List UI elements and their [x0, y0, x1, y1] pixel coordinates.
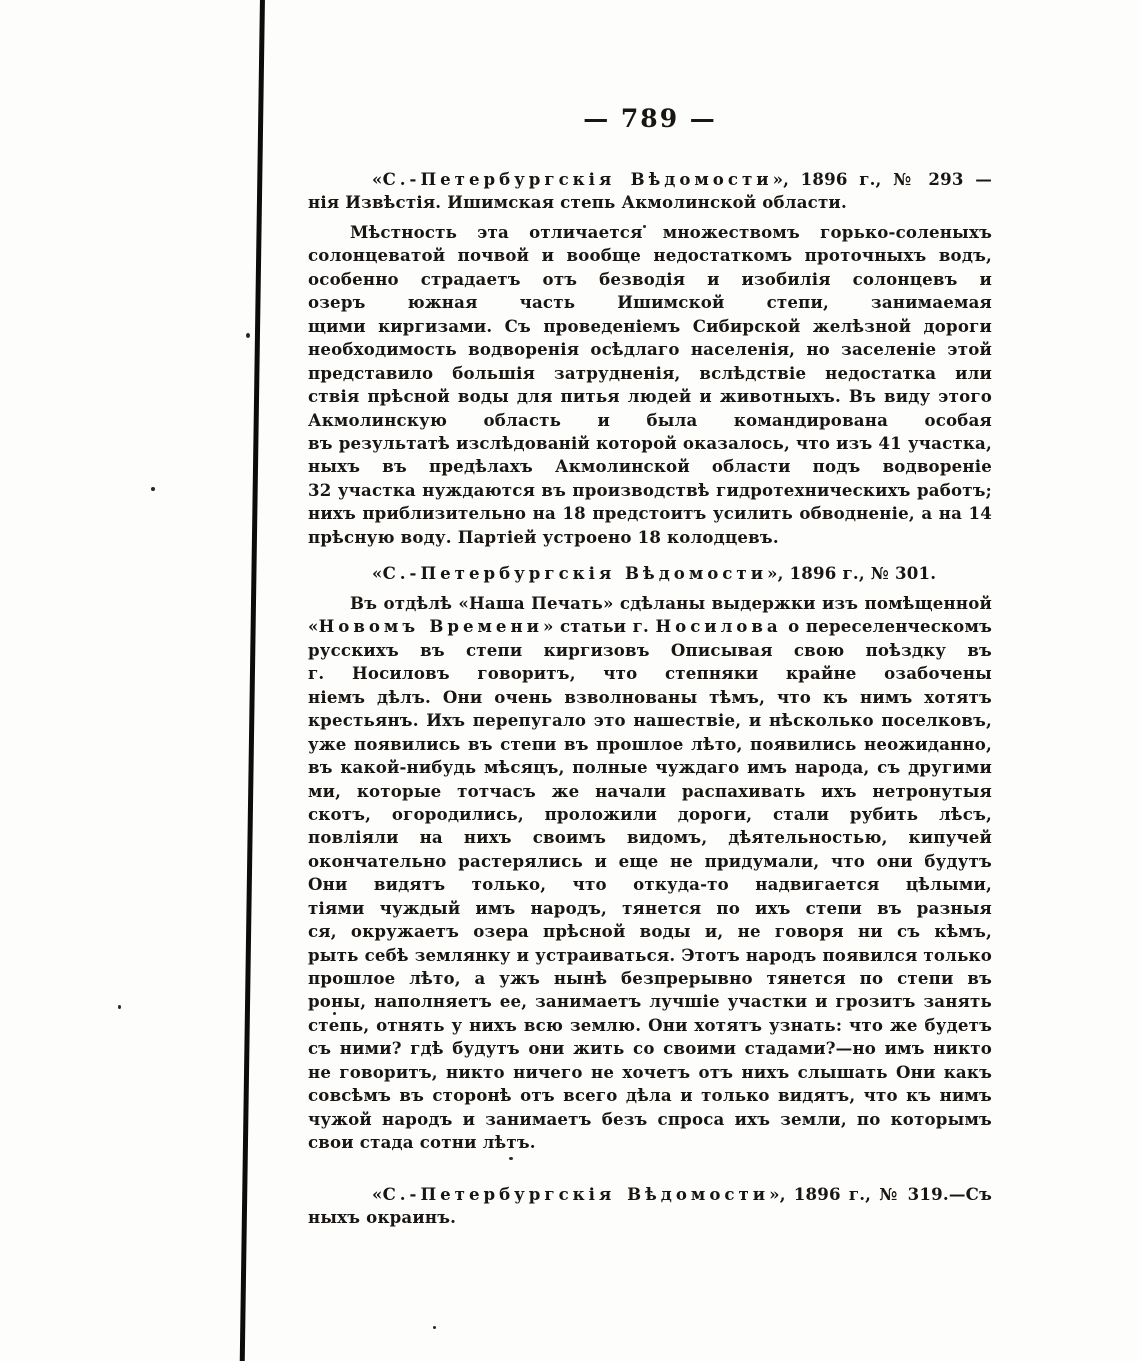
text-run: », 1896 г., № 301. — [767, 563, 936, 583]
text-run: повліяли на нихъ своимъ видомъ, дѣятельн… — [308, 827, 992, 849]
text-run: нія Извѣстія. Ишимская степь Акмолинской… — [308, 192, 847, 212]
ink-speck — [433, 1326, 436, 1329]
text-line: нія Извѣстія. Ишимская степь Акмолинской… — [308, 191, 992, 214]
text-line: «С.-Петербургскія Вѣдомости», 1896 г., №… — [308, 562, 992, 585]
text-line: русскихъ въ степи киргизовъ Описывая сво… — [308, 639, 992, 662]
text-run: степь, отнять у нихъ всю землю. Они хотя… — [308, 1015, 992, 1037]
text-line: солонцеватой почвой и вообще недостатком… — [308, 244, 992, 267]
text-run: русскихъ въ степи киргизовъ Описывая сво… — [308, 640, 992, 662]
text-run: необходимость водворенія осѣдлаго населе… — [308, 339, 992, 361]
text-line: Они видятъ только, что откуда-то надвига… — [308, 873, 992, 896]
ink-speck — [333, 1012, 336, 1015]
text-line: уже появились въ степи въ прошлое лѣто, … — [308, 733, 992, 756]
text-run: 32 участка нуждаются въ производствѣ гид… — [308, 480, 992, 502]
text-line: необходимость водворенія осѣдлаго населе… — [308, 338, 992, 361]
text-run: чужой народъ и занимаетъ безъ спроса ихъ… — [308, 1109, 992, 1131]
text-run: въ результатѣ изслѣдованій которой оказа… — [308, 433, 992, 455]
letterspaced-text: С.-Петербургскія Вѣдомости — [383, 169, 773, 189]
letterspaced-text: Новомъ Времени — [319, 616, 543, 636]
text-line: роны, наполняетъ ее, занимаетъ лучшіе уч… — [308, 990, 992, 1013]
text-run: съ ними? гдѣ будутъ они жить со своими с… — [308, 1038, 992, 1060]
letterspaced-text: Носилова — [655, 616, 781, 636]
text-run: роны, наполняетъ ее, занимаетъ лучшіе уч… — [308, 991, 992, 1013]
text-line: нихъ приблизительно на 18 предстоитъ уси… — [308, 502, 992, 525]
text-line: ніемъ дѣлъ. Они очень взволнованы тѣмъ, … — [308, 686, 992, 709]
ink-speck — [118, 1005, 121, 1009]
text-run: » статьи г. — [543, 616, 656, 636]
text-line: не говоритъ, никто ничего не хочетъ отъ … — [308, 1061, 992, 1084]
page-left-rule — [240, 0, 265, 1361]
ink-speck — [509, 1157, 513, 1160]
text-line: ныхъ въ предѣлахъ Акмолинской области по… — [308, 455, 992, 478]
text-line: совсѣмъ въ сторонѣ отъ всего дѣла и толь… — [308, 1084, 992, 1107]
text-run: « — [308, 616, 319, 636]
text-run: ныхъ въ предѣлахъ Акмолинской области по… — [308, 456, 992, 478]
text-run: свои стада сотни лѣтъ. — [308, 1132, 536, 1152]
text-line: особенно страдаетъ отъ безводія и изобил… — [308, 268, 992, 291]
text-run: рыть себѣ землянку и устраиваться. Этотъ… — [308, 945, 992, 967]
text-run: солонцеватой почвой и вообще недостатком… — [308, 245, 992, 267]
text-run: совсѣмъ въ сторонѣ отъ всего дѣла и толь… — [308, 1085, 992, 1107]
text-run: Они видятъ только, что откуда-то надвига… — [308, 874, 992, 896]
scanned-document-page: — 789 — «С.-Петербургскія Вѣдомости», 18… — [0, 0, 1140, 1361]
text-line: Мѣстность эта отличается множествомъ гор… — [308, 221, 992, 244]
text-line: скотъ, огородились, проложили дороги, ст… — [308, 803, 992, 826]
text-line: ствія прѣсной воды для питья людей и жив… — [308, 385, 992, 408]
letterspaced-text: С.-Петербургскія Вѣдомости — [383, 563, 767, 583]
text-line: прѣсную воду. Партіей устроено 18 колодц… — [308, 526, 992, 549]
section-heading-issue-319: «С.-Петербургскія Вѣдомости», 1896 г., №… — [308, 1183, 992, 1230]
text-run: « — [372, 563, 383, 583]
text-run: скотъ, огородились, проложили дороги, ст… — [308, 804, 992, 826]
text-run: Мѣстность эта отличается множествомъ гор… — [350, 222, 992, 244]
text-line: тіями чуждый имъ народъ, тянется по ихъ … — [308, 897, 992, 920]
text-run: ствія прѣсной воды для питья людей и жив… — [308, 386, 992, 408]
text-run: уже появились въ степи въ прошлое лѣто, … — [308, 734, 992, 756]
text-run: не говоритъ, никто ничего не хочетъ отъ … — [308, 1062, 992, 1084]
text-line: прошлое лѣто, а ужъ нынѣ безпрерывно тян… — [308, 967, 992, 990]
text-line: г. Носиловъ говоритъ, что степняки крайн… — [308, 662, 992, 685]
text-line: 32 участка нуждаются въ производствѣ гид… — [308, 479, 992, 502]
text-line: Акмолинскую область и была командирована… — [308, 409, 992, 432]
section-heading-issue-293: «С.-Петербургскія Вѣдомости», 1896 г., №… — [308, 168, 992, 215]
text-run: тіями чуждый имъ народъ, тянется по ихъ … — [308, 898, 992, 920]
text-line: «С.-Петербургскія Вѣдомости», 1896 г., №… — [308, 1183, 992, 1206]
text-line: свои стада сотни лѣтъ. — [308, 1131, 992, 1154]
text-run: особенно страдаетъ отъ безводія и изобил… — [308, 269, 992, 291]
text-run: Въ отдѣлѣ «Наша Печать» сдѣланы выдержки… — [350, 593, 992, 615]
text-run: прошлое лѣто, а ужъ нынѣ безпрерывно тян… — [308, 968, 992, 990]
text-line: повліяли на нихъ своимъ видомъ, дѣятельн… — [308, 826, 992, 849]
text-run: ся, окружаетъ озера прѣсной воды и, не г… — [308, 921, 992, 943]
text-line: въ результатѣ изслѣдованій которой оказа… — [308, 432, 992, 455]
text-line: степь, отнять у нихъ всю землю. Они хотя… — [308, 1014, 992, 1037]
text-line: ми, которые тотчасъ же начали распахиват… — [308, 780, 992, 803]
text-line: рыть себѣ землянку и устраиваться. Этотъ… — [308, 944, 992, 967]
section-body-issue-293: Мѣстность эта отличается множествомъ гор… — [308, 221, 992, 549]
text-line: представило большія затрудненія, вслѣдст… — [308, 362, 992, 385]
text-column: — 789 — «С.-Петербургскія Вѣдомости», 18… — [308, 0, 992, 1361]
text-line: озеръ южная часть Ишимской степи, занима… — [308, 291, 992, 314]
section-body-issue-301: Въ отдѣлѣ «Наша Печать» сдѣланы выдержки… — [308, 592, 992, 1155]
text-line: крестьянъ. Ихъ перепугало это нашествіе,… — [308, 709, 992, 732]
text-line: окончательно растерялись и еще не придум… — [308, 850, 992, 873]
text-line: съ ними? гдѣ будутъ они жить со своими с… — [308, 1037, 992, 1060]
text-run: озеръ южная часть Ишимской степи, занима… — [308, 292, 992, 314]
text-line: ся, окружаетъ озера прѣсной воды и, не г… — [308, 920, 992, 943]
text-line: Въ отдѣлѣ «Наша Печать» сдѣланы выдержки… — [308, 592, 992, 615]
text-run: Акмолинскую область и была командирована… — [308, 410, 992, 432]
ink-speck — [151, 487, 155, 491]
text-run: представило большія затрудненія, вслѣдст… — [308, 363, 992, 385]
letterspaced-text: С.-Петербургскія Вѣдомости — [383, 1184, 770, 1204]
text-run: « — [372, 1184, 383, 1204]
text-run: ми, которые тотчасъ же начали распахиват… — [308, 781, 992, 803]
text-line: «Новомъ Времени» статьи г. Носилова о пе… — [308, 615, 992, 638]
text-run: щими киргизами. Съ проведеніемъ Сибирско… — [308, 316, 992, 338]
text-line: въ какой-нибудь мѣсяцъ, полные чуждаго и… — [308, 756, 992, 779]
text-run: ніемъ дѣлъ. Они очень взволнованы тѣмъ, … — [308, 687, 992, 709]
text-line: щими киргизами. Съ проведеніемъ Сибирско… — [308, 315, 992, 338]
text-run: въ какой-нибудь мѣсяцъ, полные чуждаго и… — [308, 757, 992, 779]
text-line: чужой народъ и занимаетъ безъ спроса ихъ… — [308, 1108, 992, 1131]
ink-speck — [643, 225, 646, 228]
page-number: — 789 — — [308, 104, 992, 133]
text-line: «С.-Петербургскія Вѣдомости», 1896 г., №… — [308, 168, 992, 191]
text-run: « — [372, 169, 383, 189]
text-run: прѣсную воду. Партіей устроено 18 колодц… — [308, 527, 779, 547]
text-run: ныхъ окраинъ. — [308, 1207, 456, 1227]
section-heading-issue-301: «С.-Петербургскія Вѣдомости», 1896 г., №… — [308, 562, 992, 585]
text-run: г. Носиловъ говоритъ, что степняки крайн… — [308, 663, 992, 685]
ink-speck — [246, 333, 250, 338]
text-run: окончательно растерялись и еще не придум… — [308, 851, 992, 873]
text-line: ныхъ окраинъ. — [308, 1206, 992, 1229]
text-run: нихъ приблизительно на 18 предстоитъ уси… — [308, 503, 992, 525]
text-run: крестьянъ. Ихъ перепугало это нашествіе,… — [308, 710, 992, 732]
